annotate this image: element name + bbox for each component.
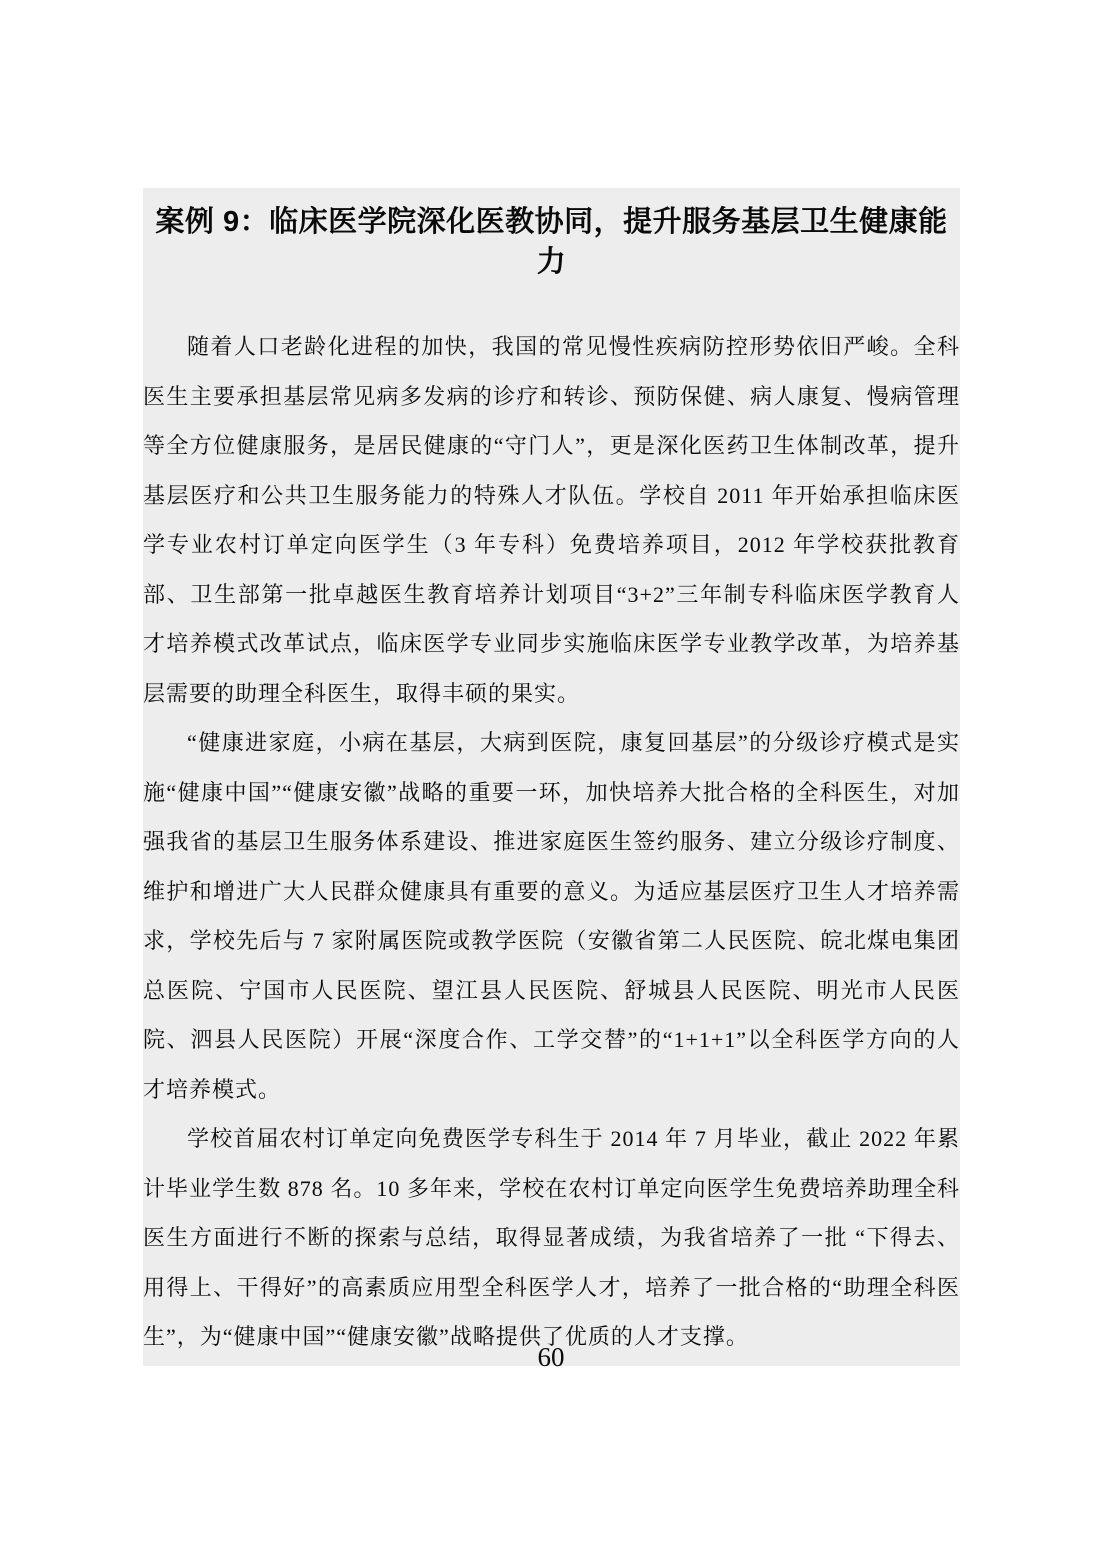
paragraph-overview: 随着人口老龄化进程的加快，我国的常见慢性疾病防控形势依旧严峻。全科医生主要承担基… [143,322,960,718]
page-number: 60 [0,1340,1102,1374]
case-study-highlight-block: 案例 9：临床医学院深化医教协同，提升服务基层卫生健康能力 随着人口老龄化进程的… [143,188,960,1366]
paragraph-tiered-care-model: “健康进家庭，小病在基层，大病到医院，康复回基层”的分级诊疗模式是实施“健康中国… [143,718,960,1114]
case-study-title: 案例 9：临床医学院深化医教协同，提升服务基层卫生健康能力 [143,202,960,282]
paragraph-graduation-results: 学校首届农村订单定向免费医学专科生于 2014 年 7 月毕业，截止 2022 … [143,1114,960,1362]
